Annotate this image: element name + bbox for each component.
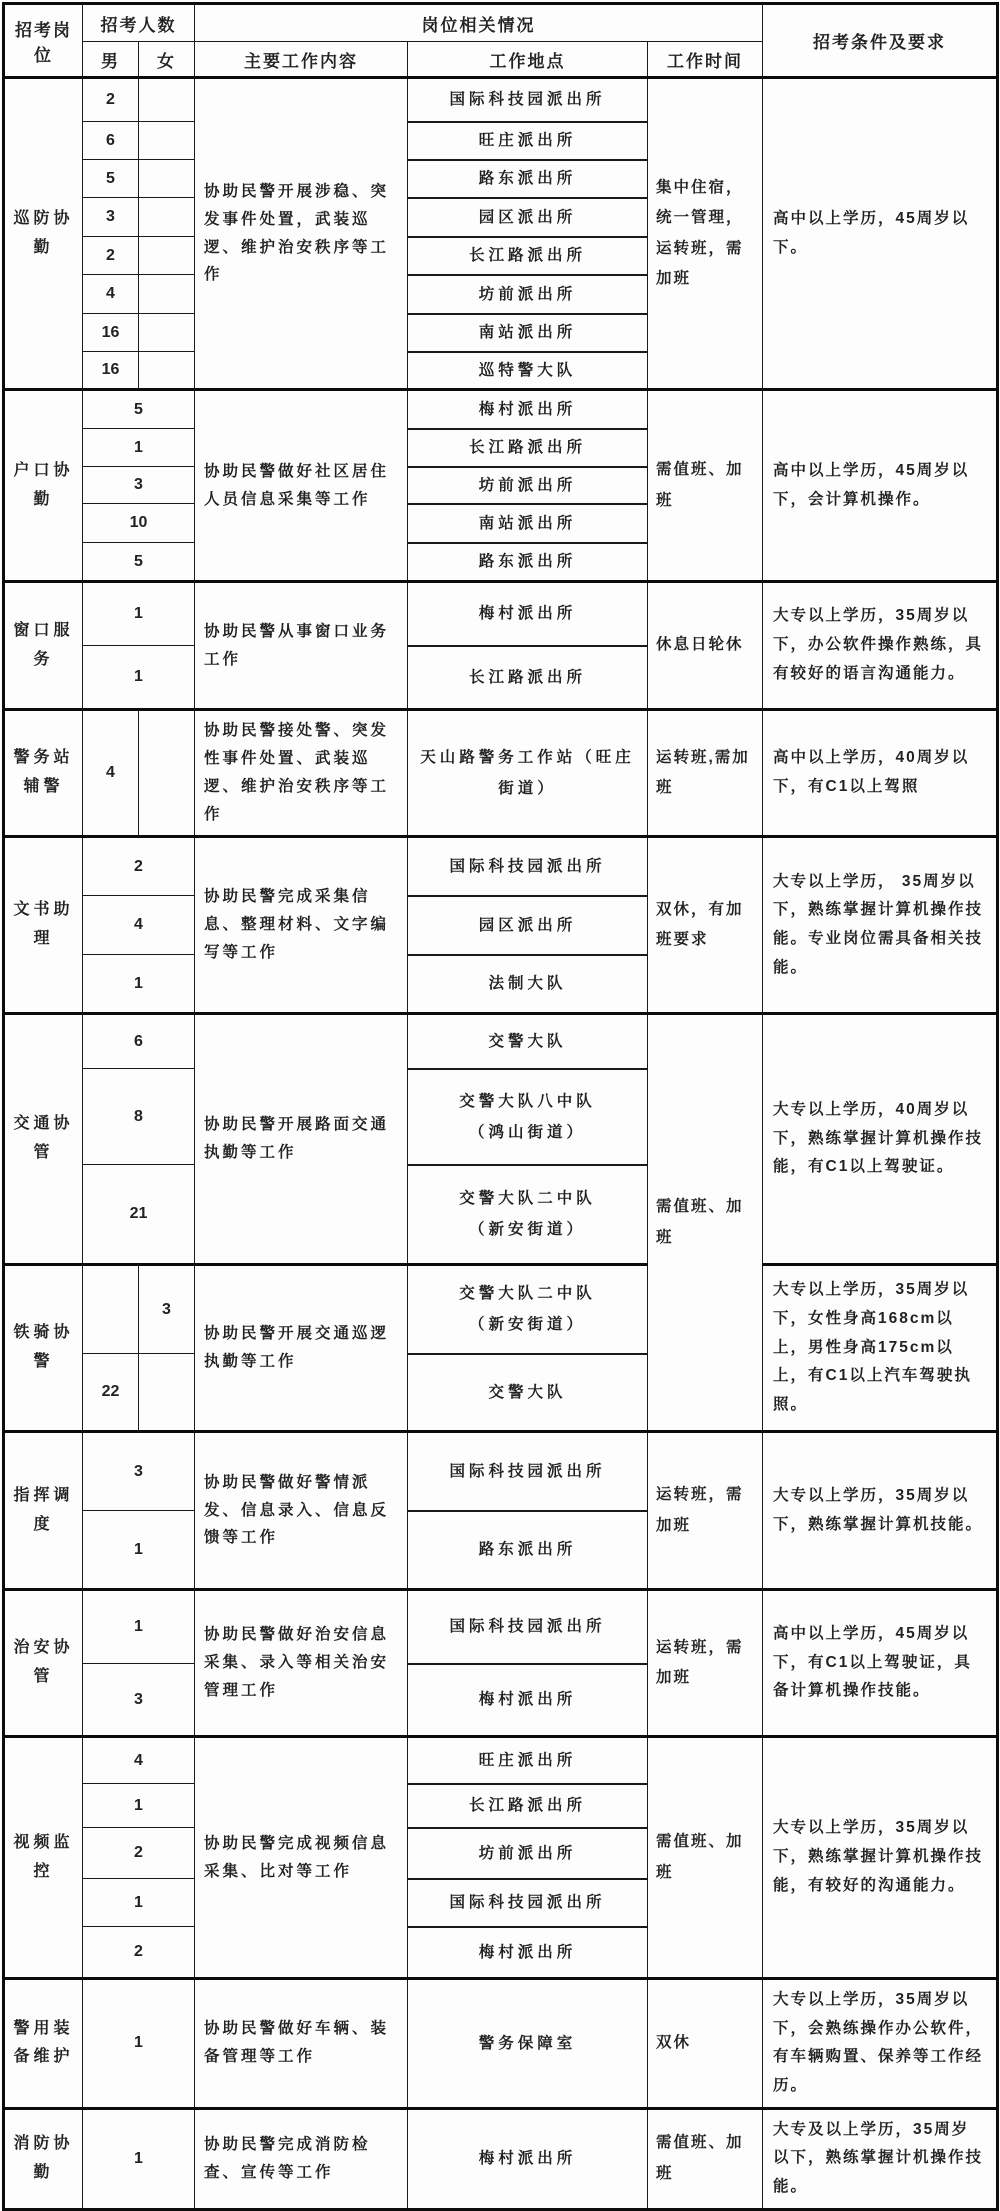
header-related-info: 岗位相关情况 [195,4,763,42]
cell-position: 警用装备维护 [4,1979,83,2109]
cell-work-content: 协助民警接处警、突发性事件处置、武装巡逻、维护治安秩序等工作 [195,710,408,837]
cell-work-location: 坊前派出所 [408,275,648,314]
cell-female-count [139,314,195,352]
cell-female-count: 3 [139,1265,195,1354]
cell-work-content: 协助民警完成采集信息、整理材料、文字编写等工作 [195,837,408,1014]
cell-work-location: 南站派出所 [408,504,648,543]
cell-work-content: 协助民警开展涉稳、突发事件处置，武装巡逻、维护治安秩序等工作 [195,78,408,390]
cell-position: 文书助理 [4,837,83,1014]
header-position: 招考岗位 [4,4,83,78]
cell-work-time: 双休 [648,1979,763,2109]
cell-requirements: 大专以上学历，35周岁以下，会熟练操作办公软件，有车辆购置、保养等工作经历。 [763,1979,998,2109]
cell-count: 5 [83,543,195,582]
cell-position: 交通协管 [4,1014,83,1265]
cell-requirements: 大专以上学历，40周岁以下，熟练掌握计算机操作技能，有C1以上驾驶证。 [763,1014,998,1265]
cell-work-location: 天山路警务工作站（旺庄街道） [408,710,648,837]
cell-work-location: 国际科技园派出所 [408,1432,648,1511]
cell-work-location: 长江路派出所 [408,646,648,710]
cell-work-location: 梅村派出所 [408,390,648,429]
cell-count: 1 [83,1590,195,1664]
cell-work-location: 国际科技园派出所 [408,1879,648,1927]
cell-female-count [139,237,195,275]
table-row: 消防协勤1协助民警完成消防检查、宣传等工作梅村派出所需值班、加班大专及以上学历，… [4,2108,998,2209]
cell-work-content: 协助民警做好警情派发、信息录入、信息反馈等工作 [195,1432,408,1590]
cell-count: 8 [83,1069,195,1165]
cell-male-count: 4 [83,710,139,837]
cell-position: 巡防协勤 [4,78,83,390]
cell-position: 户口协勤 [4,390,83,582]
table-row: 户口协勤5协助民警做好社区居住人员信息采集等工作梅村派出所需值班、加班高中以上学… [4,390,998,429]
cell-position: 治安协管 [4,1590,83,1737]
cell-female-count [139,1354,195,1432]
cell-work-location: 警务保障室 [408,1979,648,2109]
table-row: 警务站辅警4协助民警接处警、突发性事件处置、武装巡逻、维护治安秩序等工作天山路警… [4,710,998,837]
cell-count: 21 [83,1165,195,1265]
cell-work-location: 法制大队 [408,955,648,1014]
cell-work-location: 梅村派出所 [408,2108,648,2209]
cell-requirements: 高中以上学历，45周岁以下，会计算机操作。 [763,390,998,582]
cell-count: 1 [83,1979,195,2109]
cell-requirements: 大专以上学历，35周岁以下，女性身高168cm以上，男性身高175cm以上，有C… [763,1265,998,1432]
cell-male-count: 5 [83,160,139,198]
cell-work-location: 坊前派出所 [408,1828,648,1879]
cell-work-content: 协助民警做好治安信息采集、录入等相关治安管理工作 [195,1590,408,1737]
cell-work-location: 梅村派出所 [408,1664,648,1737]
cell-work-location: 梅村派出所 [408,1927,648,1979]
cell-female-count [139,710,195,837]
cell-work-content: 协助民警完成消防检查、宣传等工作 [195,2108,408,2209]
cell-position: 视频监控 [4,1737,83,1979]
cell-work-location: 交警大队二中队 （新安街道） [408,1165,648,1265]
cell-count: 3 [83,467,195,504]
cell-position: 警务站辅警 [4,710,83,837]
cell-work-location: 交警大队 [408,1354,648,1432]
cell-male-count: 2 [83,78,139,122]
table-row: 铁骑协警3协助民警开展交通巡逻执勤等工作交警大队二中队 （新安街道）大专以上学历… [4,1265,998,1354]
cell-requirements: 大专以上学历， 35周岁以下，熟练掌握计算机操作技能。专业岗位需具备相关技能。 [763,837,998,1014]
cell-work-location: 长江路派出所 [408,1784,648,1828]
cell-male-count: 16 [83,352,139,390]
cell-count: 1 [83,429,195,467]
cell-female-count [139,78,195,122]
header-headcount: 招考人数 [83,4,195,42]
cell-female-count [139,198,195,237]
cell-work-time: 集中住宿，统一管理，运转班，需加班 [648,78,763,390]
cell-count: 6 [83,1014,195,1069]
cell-male-count: 3 [83,198,139,237]
cell-work-time: 需值班、加班 [648,1737,763,1979]
cell-work-time: 需值班、加班 [648,2108,763,2209]
cell-work-location: 长江路派出所 [408,237,648,275]
cell-work-location: 坊前派出所 [408,467,648,504]
cell-work-location: 路东派出所 [408,1511,648,1590]
header-male: 男 [83,42,139,78]
cell-requirements: 大专以上学历，35周岁以下，熟练掌握计算机操作技能，有较好的沟通能力。 [763,1737,998,1979]
cell-work-location: 园区派出所 [408,896,648,955]
header-row-1: 招考岗位 招考人数 岗位相关情况 招考条件及要求 [4,4,998,42]
cell-requirements: 大专以上学历，35周岁以下，熟练掌握计算机技能。 [763,1432,998,1590]
cell-work-location: 路东派出所 [408,160,648,198]
cell-work-location: 交警大队二中队 （新安街道） [408,1265,648,1354]
header-work-location: 工作地点 [408,42,648,78]
header-requirements: 招考条件及要求 [763,4,998,78]
cell-count: 3 [83,1664,195,1737]
cell-male-count: 16 [83,314,139,352]
table-row: 窗口服务1协助民警从事窗口业务工作梅村派出所休息日轮休大专以上学历，35周岁以下… [4,582,998,646]
cell-count: 2 [83,837,195,896]
table-row: 视频监控4协助民警完成视频信息采集、比对等工作旺庄派出所需值班、加班大专以上学历… [4,1737,998,1784]
cell-count: 2 [83,1828,195,1879]
table-header: 招考岗位 招考人数 岗位相关情况 招考条件及要求 男 女 主要工作内容 工作地点… [4,4,998,78]
cell-male-count: 6 [83,122,139,160]
table-row: 指挥调度3协助民警做好警情派发、信息录入、信息反馈等工作国际科技园派出所运转班，… [4,1432,998,1511]
cell-work-time: 双休，有加班要求 [648,837,763,1014]
cell-male-count [83,1265,139,1354]
cell-work-location: 梅村派出所 [408,582,648,646]
cell-count: 4 [83,1737,195,1784]
cell-work-location: 南站派出所 [408,314,648,352]
cell-female-count [139,352,195,390]
cell-work-time: 休息日轮休 [648,582,763,710]
cell-female-count [139,160,195,198]
cell-work-location: 国际科技园派出所 [408,837,648,896]
table-row: 巡防协勤2协助民警开展涉稳、突发事件处置，武装巡逻、维护治安秩序等工作国际科技园… [4,78,998,122]
table-row: 文书助理2协助民警完成采集信息、整理材料、文字编写等工作国际科技园派出所双休，有… [4,837,998,896]
cell-work-content: 协助民警从事窗口业务工作 [195,582,408,710]
cell-requirements: 高中以上学历，45周岁以下。 [763,78,998,390]
cell-count: 1 [83,582,195,646]
header-work-time: 工作时间 [648,42,763,78]
recruitment-table: 招考岗位 招考人数 岗位相关情况 招考条件及要求 男 女 主要工作内容 工作地点… [2,2,999,2211]
cell-position: 窗口服务 [4,582,83,710]
cell-position: 铁骑协警 [4,1265,83,1432]
cell-work-content: 协助民警开展交通巡逻执勤等工作 [195,1265,408,1432]
cell-work-content: 协助民警开展路面交通执勤等工作 [195,1014,408,1265]
cell-work-location: 园区派出所 [408,198,648,237]
cell-work-content: 协助民警做好车辆、装备管理等工作 [195,1979,408,2109]
table-row: 交通协管6协助民警开展路面交通执勤等工作交警大队需值班、加班大专以上学历，40周… [4,1014,998,1069]
cell-position: 消防协勤 [4,2108,83,2209]
header-work-content: 主要工作内容 [195,42,408,78]
cell-work-time: 运转班，需加班 [648,1432,763,1590]
cell-male-count: 4 [83,275,139,314]
cell-work-location: 旺庄派出所 [408,1737,648,1784]
cell-count: 1 [83,955,195,1014]
cell-count: 4 [83,896,195,955]
cell-male-count: 22 [83,1354,139,1432]
cell-count: 1 [83,1879,195,1927]
cell-work-location: 国际科技园派出所 [408,1590,648,1664]
cell-female-count [139,275,195,314]
cell-work-location: 路东派出所 [408,543,648,582]
cell-work-content: 协助民警做好社区居住人员信息采集等工作 [195,390,408,582]
cell-count: 1 [83,1511,195,1590]
cell-work-location: 交警大队 [408,1014,648,1069]
cell-count: 10 [83,504,195,543]
cell-count: 1 [83,2108,195,2209]
cell-requirements: 大专以上学历，35周岁以下，办公软件操作熟练，具有较好的语言沟通能力。 [763,582,998,710]
cell-male-count: 2 [83,237,139,275]
cell-position: 指挥调度 [4,1432,83,1590]
cell-work-location: 巡特警大队 [408,352,648,390]
cell-work-content: 协助民警完成视频信息采集、比对等工作 [195,1737,408,1979]
table-body: 巡防协勤2协助民警开展涉稳、突发事件处置，武装巡逻、维护治安秩序等工作国际科技园… [4,78,998,2210]
cell-work-time: 需值班、加班 [648,1014,763,1432]
cell-work-time: 需值班、加班 [648,390,763,582]
cell-female-count [139,122,195,160]
cell-count: 1 [83,1784,195,1828]
recruitment-document-page: 招考岗位 招考人数 岗位相关情况 招考条件及要求 男 女 主要工作内容 工作地点… [0,0,1000,2211]
header-female: 女 [139,42,195,78]
cell-count: 3 [83,1432,195,1511]
cell-work-location: 长江路派出所 [408,429,648,467]
table-row: 治安协管1协助民警做好治安信息采集、录入等相关治安管理工作国际科技园派出所运转班… [4,1590,998,1664]
cell-work-location: 交警大队八中队 （鸿山街道） [408,1069,648,1165]
cell-work-location: 旺庄派出所 [408,122,648,160]
cell-requirements: 高中以上学历，45周岁以下，有C1以上驾驶证，具备计算机操作技能。 [763,1590,998,1737]
table-row: 警用装备维护1协助民警做好车辆、装备管理等工作警务保障室双休大专以上学历，35周… [4,1979,998,2109]
cell-requirements: 大专及以上学历，35周岁以下，熟练掌握计机操作技能。 [763,2108,998,2209]
cell-count: 5 [83,390,195,429]
cell-count: 2 [83,1927,195,1979]
cell-work-location: 国际科技园派出所 [408,78,648,122]
cell-requirements: 高中以上学历，40周岁以下，有C1以上驾照 [763,710,998,837]
cell-count: 1 [83,646,195,710]
cell-work-time: 运转班，需加班 [648,1590,763,1737]
cell-work-time: 运转班,需加班 [648,710,763,837]
